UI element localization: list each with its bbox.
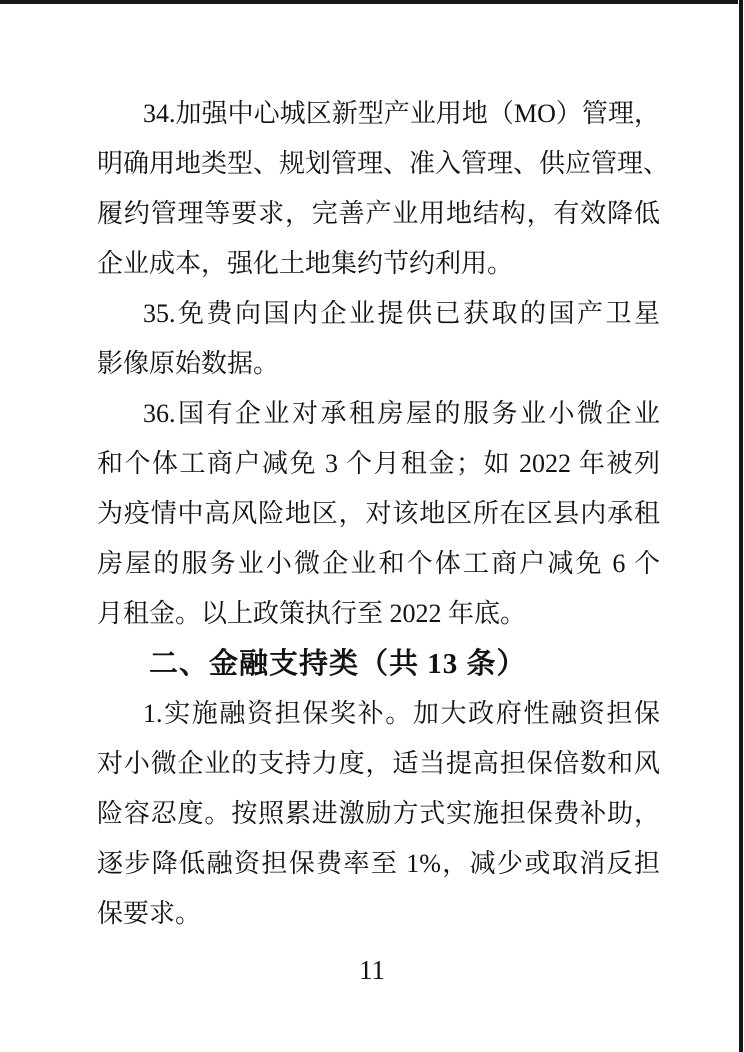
document-body: 34.加强中心城区新型产业用地（MO）管理， 明确用地类型、规划管理、准入管理、… — [97, 89, 660, 939]
text-line: 1.实施融资担保奖补。加大政府性融资担保 — [97, 689, 660, 739]
text-line: 保要求。 — [97, 889, 660, 939]
text-line: 逐步降低融资担保费率至 1%，减少或取消反担 — [97, 839, 660, 889]
text-line: 对小微企业的支持力度，适当提高担保倍数和风 — [97, 739, 660, 789]
paragraph-item-34: 34.加强中心城区新型产业用地（MO）管理， 明确用地类型、规划管理、准入管理、… — [97, 89, 660, 289]
top-border-bar — [0, 0, 738, 4]
text-line: 36.国有企业对承租房屋的服务业小微企业 — [97, 389, 660, 439]
document-page: 34.加强中心城区新型产业用地（MO）管理， 明确用地类型、规划管理、准入管理、… — [0, 0, 744, 1052]
text-line: 房屋的服务业小微企业和个体工商户减免 6 个 — [97, 539, 660, 589]
text-line: 月租金。以上政策执行至 2022 年底。 — [97, 589, 660, 639]
section-heading-finance: 二、金融支持类（共 13 条） — [97, 639, 660, 689]
paragraph-item-36: 36.国有企业对承租房屋的服务业小微企业 和个体工商户减免 3 个月租金；如 2… — [97, 389, 660, 639]
paragraph-item-35: 35.免费向国内企业提供已获取的国产卫星 影像原始数据。 — [97, 289, 660, 389]
section-heading-text: 二、金融支持类（共 13 条） — [97, 639, 660, 689]
text-line: 和个体工商户减免 3 个月租金；如 2022 年被列 — [97, 439, 660, 489]
paragraph-finance-item-1: 1.实施融资担保奖补。加大政府性融资担保 对小微企业的支持力度，适当提高担保倍数… — [97, 689, 660, 939]
right-border-bar — [739, 0, 743, 1052]
text-line: 为疫情中高风险地区，对该地区所在区县内承租 — [97, 489, 660, 539]
text-line: 明确用地类型、规划管理、准入管理、供应管理、 — [97, 139, 660, 189]
page-number: 11 — [0, 945, 744, 995]
text-line: 影像原始数据。 — [97, 339, 660, 389]
text-line: 34.加强中心城区新型产业用地（MO）管理， — [97, 89, 660, 139]
text-line: 企业成本，强化土地集约节约利用。 — [97, 239, 660, 289]
text-line: 险容忍度。按照累进激励方式实施担保费补助， — [97, 789, 660, 839]
text-line: 35.免费向国内企业提供已获取的国产卫星 — [97, 289, 660, 339]
text-line: 履约管理等要求，完善产业用地结构，有效降低 — [97, 189, 660, 239]
